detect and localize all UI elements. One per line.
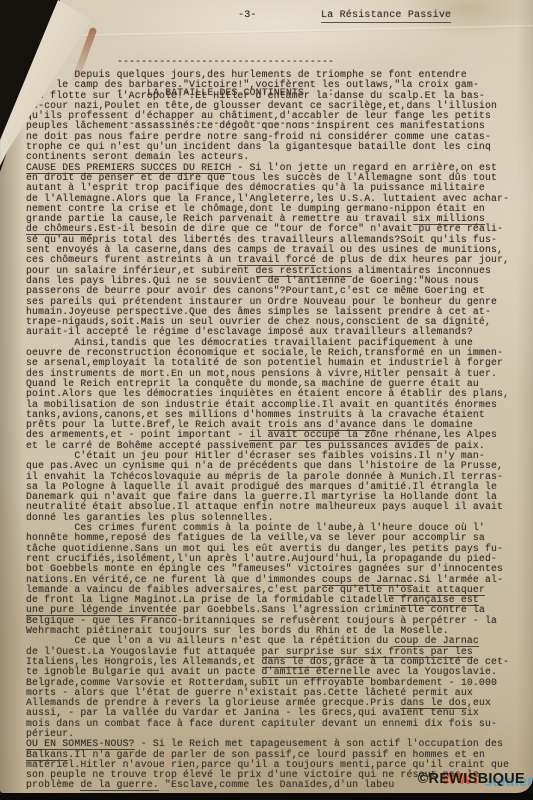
watermark-copyright-text: ©REWISBIQUE — [418, 771, 525, 787]
article-body: Depuis quelques jours,des hurlements de … — [26, 70, 526, 791]
journal-title: La Résistance Passive — [321, 10, 451, 23]
text-line: mois dans un combat face à face durent c… — [26, 719, 526, 729]
title-frame-top: ------------------------------------ — [117, 57, 334, 67]
document-page: -3- La Résistance Passive --------------… — [0, 0, 533, 793]
page-number: -3- — [238, 10, 257, 21]
watermark: WWI soldier ©REWISBIQUE — [381, 768, 531, 790]
photo-bottom-edge — [0, 793, 533, 800]
screenshot-root: { "page": { "page_number": "-3-", "journ… — [0, 0, 533, 800]
